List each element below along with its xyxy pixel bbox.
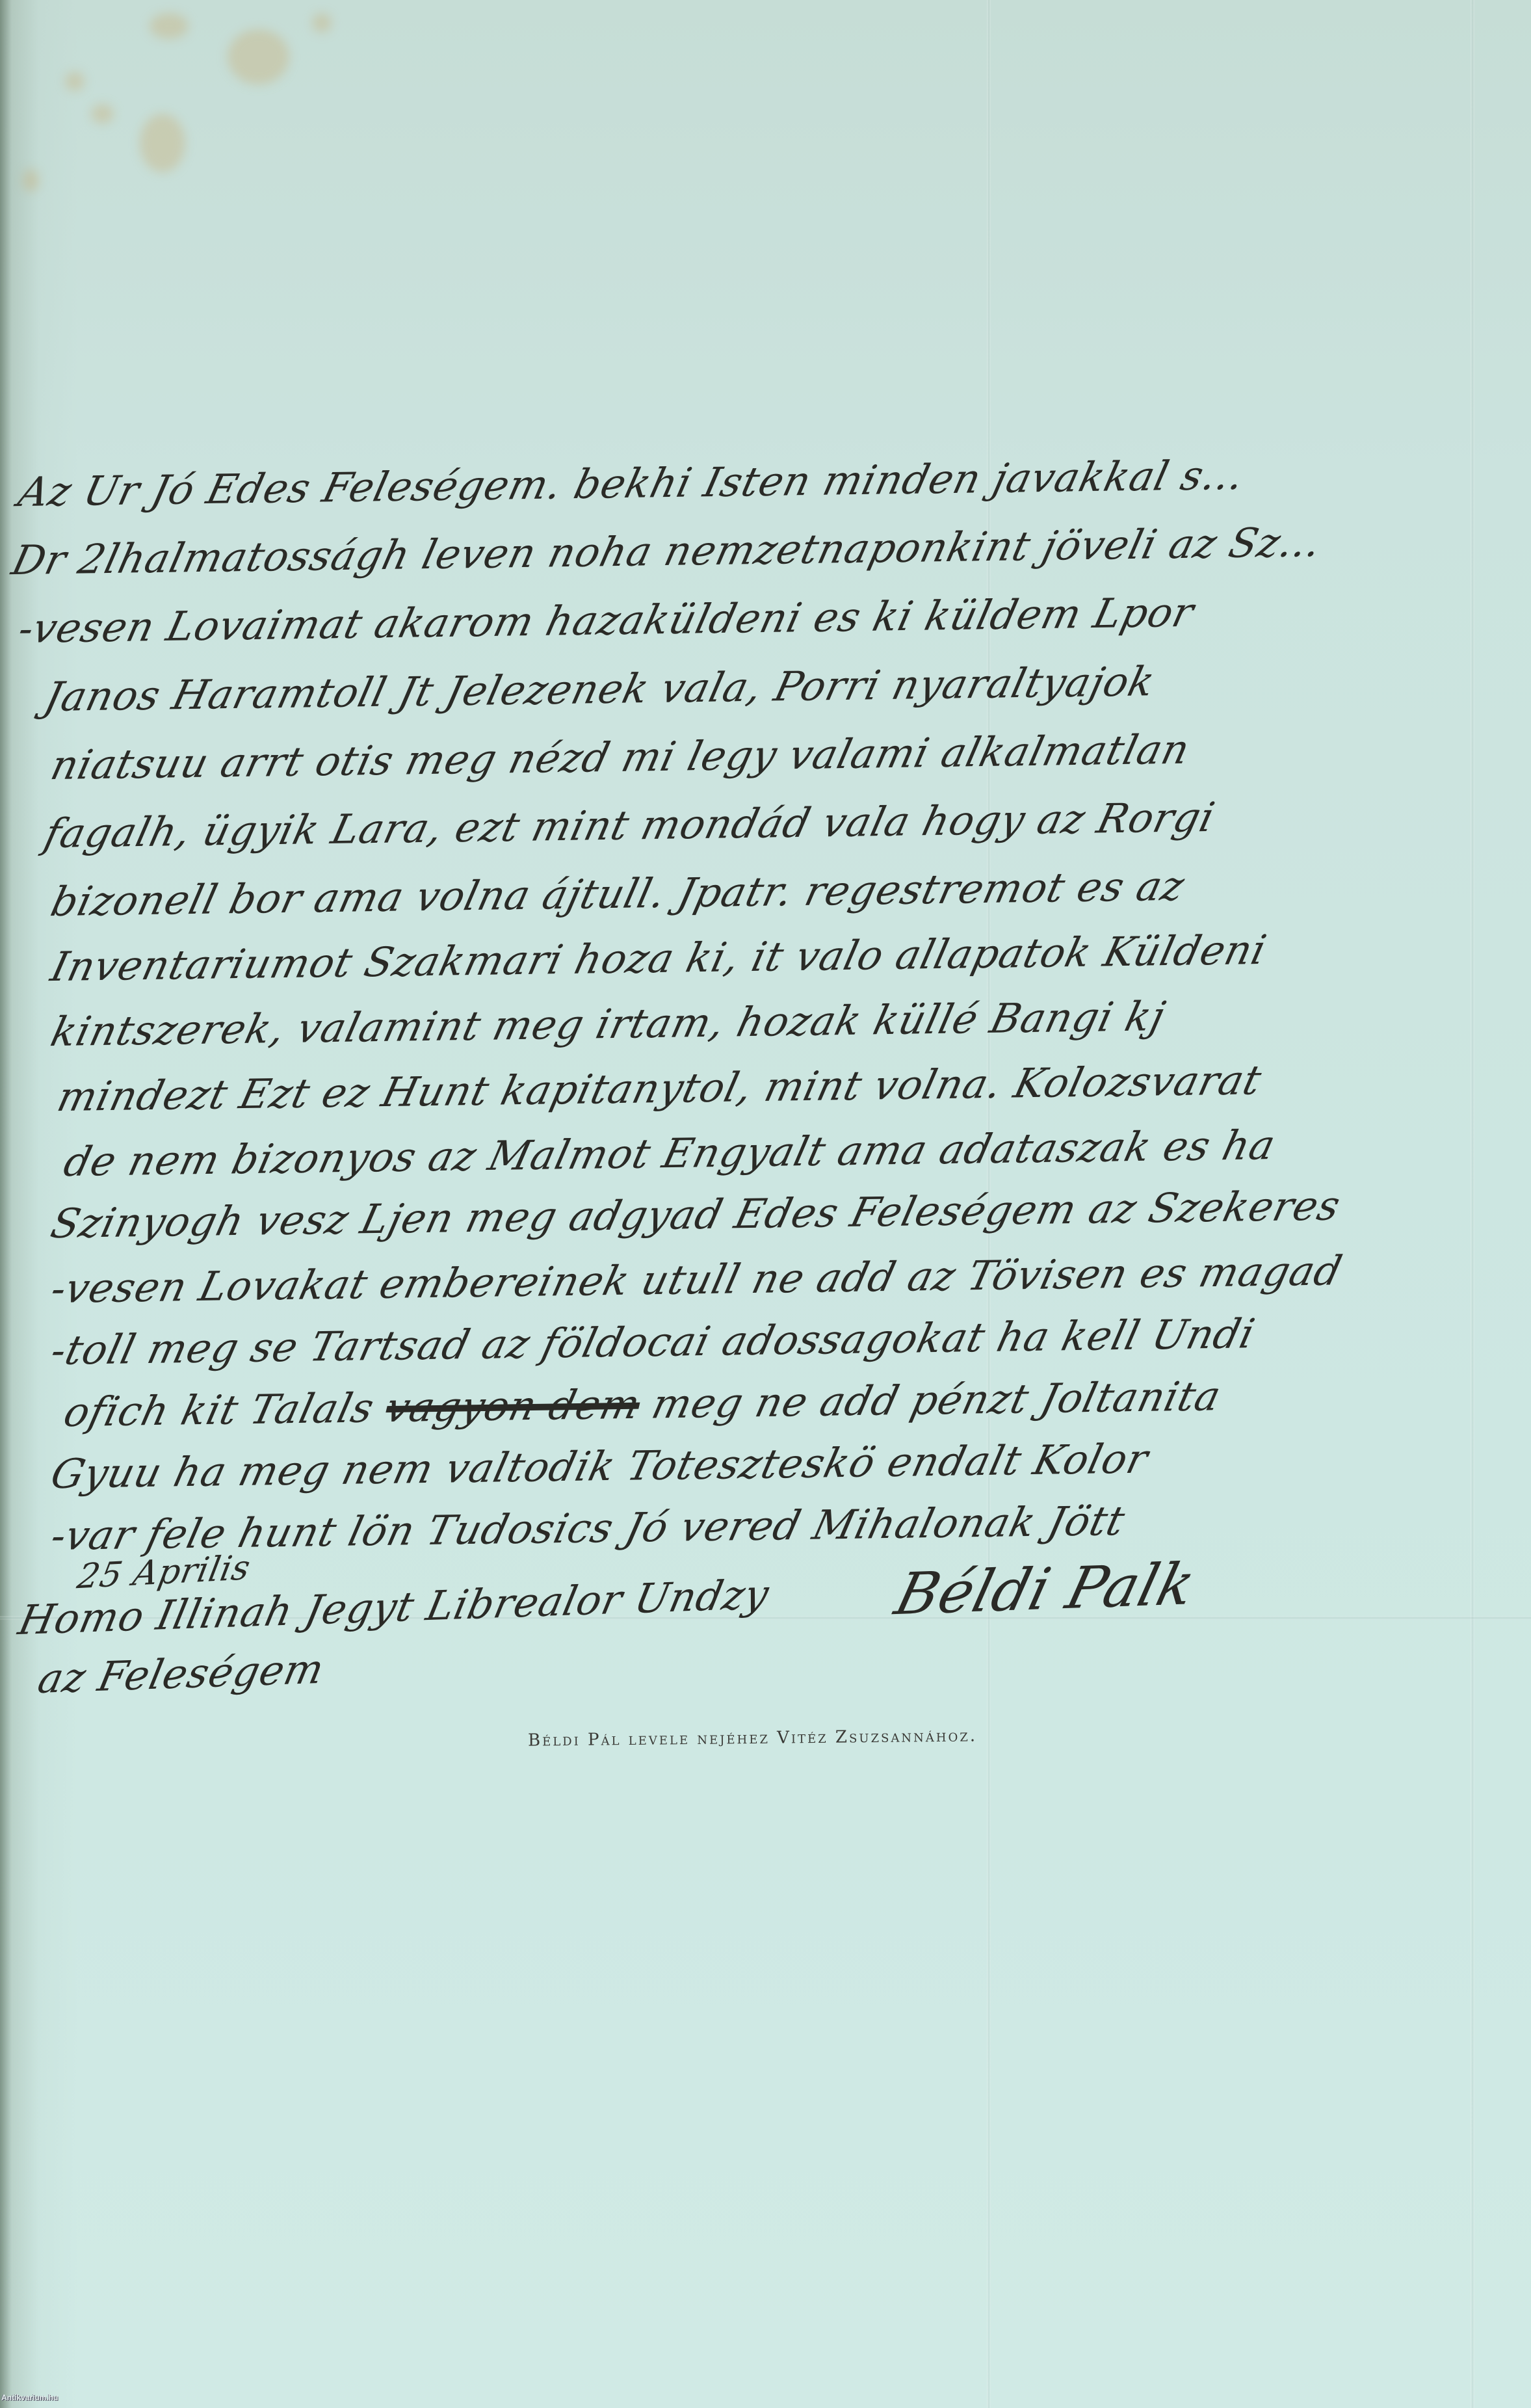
signature: Béldi Palk — [889, 1550, 1202, 1628]
foxing-stain — [150, 13, 189, 39]
foxing-stain — [140, 114, 185, 172]
letter-line: -vesen Lovakat embereinek utull ne add a… — [46, 1247, 1346, 1312]
letter-line: niatsuu arrt otis meg nézd mi legy valam… — [46, 725, 1194, 789]
foxing-stain — [65, 72, 85, 91]
letter-line-text: ofich kit Talals — [59, 1384, 392, 1436]
letter-line: Dr 2lhalmatosságh leven noha nemzetnapon… — [7, 518, 1326, 584]
letter-line-text: meg ne add pénzt Joltanita — [634, 1372, 1225, 1428]
letter-line: de nem bizonyos az Malmot Engyalt ama ad… — [59, 1121, 1280, 1185]
letter-line: Janos Haramtoll Jt Jelezenek vala, Porri… — [40, 657, 1159, 721]
letter-line: kintszerek, valamint meg irtam, hozak kü… — [46, 992, 1170, 1055]
vertical-fold-line — [1471, 0, 1474, 2408]
foxing-stain — [23, 169, 39, 192]
letter-line: -vesen Lovaimat akarom hazaküldeni es ki… — [14, 589, 1199, 652]
foxing-stain — [312, 13, 332, 33]
letter-line: Inventariumot Szakmari hoza ki, it valo … — [46, 926, 1271, 990]
letter-line: -toll meg se Tartsad az földocai adossag… — [46, 1310, 1259, 1374]
letter-line: Az Ur Jó Edes Feleségem. bekhi Isten min… — [14, 451, 1249, 516]
letter-line: bizonell bor ama volna ájtull. Jpatr. re… — [46, 862, 1189, 926]
foxing-stain — [228, 29, 289, 85]
figure-caption: Béldi Pál levele nejéhez Vitéz Zsuzsanná… — [0, 1728, 1531, 1748]
foxing-stain — [91, 104, 114, 124]
caption-text: Béldi Pál levele nejéhez Vitéz Zsuzsanná… — [528, 1726, 977, 1750]
letter-line: mindezt Ezt ez Hunt kapitanytol, mint vo… — [53, 1056, 1266, 1120]
letter-line: ofich kit Talals vagyon dem meg ne add p… — [59, 1372, 1225, 1436]
closing-line: az Feleségem — [34, 1645, 328, 1702]
letter-line: Szinyogh vesz Ljen meg adgyad Edes Feles… — [46, 1182, 1345, 1247]
watermark: Antikvarium.hu — [1, 2393, 58, 2402]
paper-page: Az Ur Jó Edes Feleségem. bekhi Isten min… — [0, 0, 1531, 2408]
letter-line: fagalh, ügyik Lara, ezt mint mondád vala… — [40, 793, 1220, 857]
struck-out-word: vagyon dem — [382, 1381, 646, 1432]
